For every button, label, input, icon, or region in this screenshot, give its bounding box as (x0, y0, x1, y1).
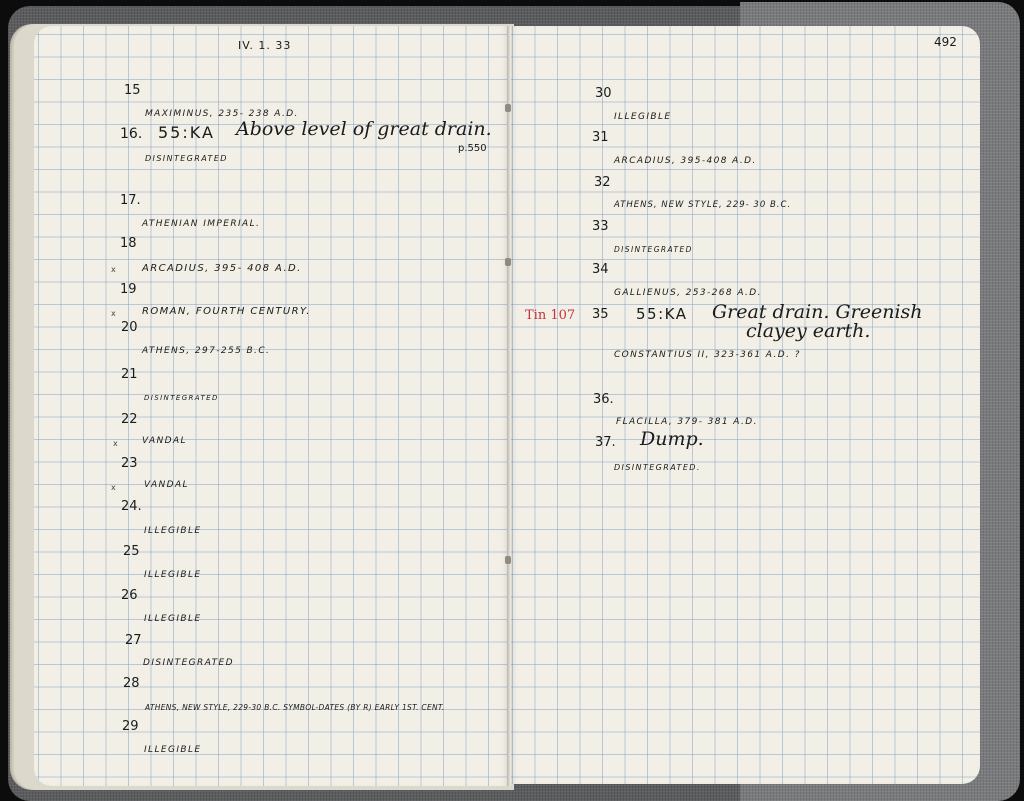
entry-text: Athenian Imperial. (142, 220, 260, 229)
entry-number: 34 (592, 263, 609, 276)
entry-number: 19 (120, 283, 137, 296)
red-margin-note: Tin 107 (525, 309, 575, 322)
entry-number: 18 (120, 237, 137, 250)
entry-text: Flacilla, 379- 381 A.D. (616, 418, 758, 427)
entry-number: 32 (594, 176, 611, 189)
entry-number: 31 (592, 131, 609, 144)
entry-number: 26 (121, 589, 138, 602)
check-mark: x (111, 310, 116, 318)
entry-note: 55:KA (636, 307, 687, 322)
entry-text: Disintegrated (614, 246, 693, 254)
binding-gutter (507, 26, 511, 786)
page-reference: p.550 (458, 144, 487, 154)
binding-stitch (505, 556, 511, 564)
entry-text: Arcadius, 395-408 A.D. (614, 157, 757, 166)
left-page (34, 26, 509, 786)
entry-text: Athens, New Style, 229-30 B.C. Symbol-da… (145, 704, 445, 712)
entry-number: 37. (595, 436, 616, 449)
entry-text: Illegible (614, 113, 671, 122)
entry-number: 16. (120, 127, 142, 141)
entry-number: 21 (121, 368, 138, 381)
entry-number: 28 (123, 677, 140, 690)
entry-number: 17. (120, 194, 141, 207)
page-date: IV. 1. 33 (238, 40, 291, 51)
entry-number: 35 (592, 308, 609, 321)
entry-text: Illegible (144, 571, 201, 580)
entry-number: 30 (595, 87, 612, 100)
entry-number: 29 (122, 720, 139, 733)
entry-text: Roman, Fourth Century. (142, 307, 311, 317)
entry-text: Illegible (144, 527, 201, 536)
entry-number: 23 (121, 457, 138, 470)
entry-text: Disintegrated (145, 155, 228, 163)
entry-number: 24. (121, 500, 142, 513)
entry-number: 25 (123, 545, 140, 558)
check-mark: x (111, 266, 116, 274)
entry-number: 36. (593, 393, 614, 406)
entry-number: 22 (121, 413, 138, 426)
entry-text: Vandal (144, 481, 189, 490)
entry-note: 55:KA (158, 125, 215, 141)
entry-text: Vandal (142, 437, 187, 446)
binding-stitch (505, 104, 511, 112)
right-page (510, 26, 980, 784)
entry-script-note: Above level of great drain. (236, 120, 492, 139)
check-mark: x (111, 484, 116, 492)
entry-number: 27 (125, 634, 142, 647)
entry-number: 15 (124, 84, 141, 97)
check-mark: x (113, 440, 118, 448)
entry-text: Disintegrated (143, 659, 234, 668)
entry-script-note: clayey earth. (746, 322, 870, 341)
entry-text: Disintegrated. (614, 464, 701, 472)
entry-text: Gallienus, 253-268 A.D. (614, 289, 762, 298)
entry-script-note: Dump. (640, 430, 704, 449)
entry-text: Arcadius, 395- 408 A.D. (142, 264, 302, 274)
page-number: 492 (934, 36, 957, 48)
entry-text: Illegible (144, 746, 201, 755)
entry-number: 20 (121, 321, 138, 334)
entry-text: Athens, 297-255 B.C. (142, 347, 270, 356)
entry-text: Disintegrated (144, 395, 219, 402)
entry-number: 33 (592, 220, 609, 233)
entry-text: Constantius II, 323-361 A.D. ? (614, 351, 801, 360)
entry-text: Athens, New Style, 229- 30 B.C. (614, 201, 791, 210)
binding-stitch (505, 258, 511, 266)
entry-text: Illegible (144, 615, 201, 624)
